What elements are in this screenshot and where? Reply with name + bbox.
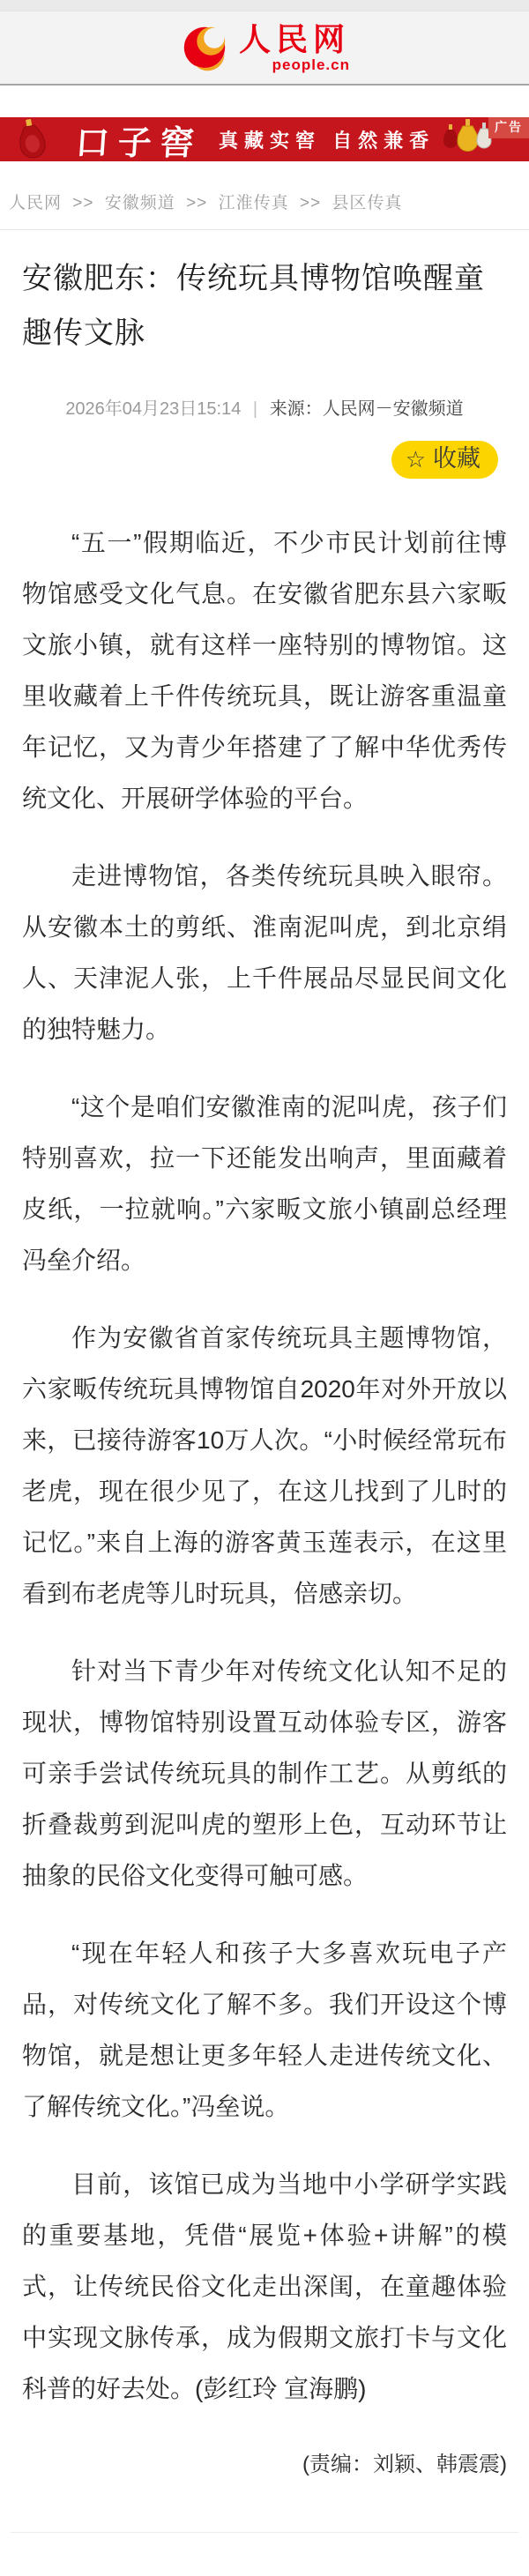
bottom-divider (11, 2532, 518, 2533)
people-cn-globe-icon (179, 22, 230, 73)
ad-brand-label: 口子窖 (74, 117, 205, 161)
collect-row: ☆ 收藏 (0, 441, 529, 479)
source-label: 来源： (270, 399, 323, 419)
top-strip (0, 0, 529, 11)
article-paragraph: 走进博物馆，各类传统玩具映入眼帘。从安徽本土的剪纸、淮南泥叫虎，到北京绢人、天津… (22, 851, 507, 1055)
editor-note: (责编：刘颖、韩震震) (0, 2441, 529, 2477)
article-paragraph: 针对当下青少年对传统文化认知不足的现状，博物馆特别设置互动体验专区，游客可亲手尝… (22, 1646, 507, 1902)
breadcrumb-item-channel[interactable]: 安徽频道 (105, 194, 175, 212)
breadcrumb-separator: >> (300, 194, 321, 212)
source-name: 人民网－安徽频道 (323, 399, 464, 419)
logo-en-label: people.cn (272, 57, 350, 72)
article-paragraph: 目前，该馆已成为当地中小学研学实践的重要基地，凭借“展览+体验+讲解”的模式，让… (22, 2159, 507, 2415)
collect-button-label: 收藏 (433, 447, 481, 471)
article-paragraph: “这个是咱们安徽淮南的泥叫虎，孩子们特别喜欢，拉一下还能发出响声，里面藏着皮纸，… (22, 1082, 507, 1286)
breadcrumb-item-home[interactable]: 人民网 (9, 194, 62, 212)
star-icon: ☆ (406, 448, 426, 471)
site-header: 人民网 people.cn (0, 11, 529, 86)
breadcrumb-separator: >> (72, 194, 93, 212)
breadcrumb-item-section[interactable]: 江淮传真 (219, 194, 289, 212)
publish-date: 2026年04月23日15:14 (65, 399, 241, 419)
people-cn-logo[interactable]: 人民网 people.cn (179, 22, 350, 73)
liquor-bottle-icon (14, 117, 49, 161)
article-paragraph: “现在年轻人和孩子大多喜欢玩电子产品，对传统文化了解不多。我们开设这个博物馆，就… (22, 1928, 507, 2133)
collect-button[interactable]: ☆ 收藏 (391, 441, 498, 479)
page-title: 安徽肥东：传统玩具博物馆唤醒童趣传文脉 (0, 230, 529, 361)
article-body: “五一”假期临近，不少市民计划前往博物馆感受文化气息。在安徽省肥东县六家畈文旅小… (0, 517, 529, 2415)
liquor-bottles-icon (442, 119, 495, 160)
article-paragraph: 作为安徽省首家传统玩具主题博物馆，六家畈传统玩具博物馆自2020年对外开放以来，… (22, 1313, 507, 1619)
ad-tag-label: 广告 (488, 117, 529, 138)
ad-banner[interactable]: 口子窖 真藏实窖 自然兼香 广告 (0, 117, 529, 161)
breadcrumb-separator: >> (186, 194, 207, 212)
article-paragraph: “五一”假期临近，不少市民计划前往博物馆感受文化气息。在安徽省肥东县六家畈文旅小… (22, 517, 507, 824)
breadcrumb: 人民网 >> 安徽频道 >> 江淮传真 >> 县区传真 (0, 190, 529, 213)
logo-text: 人民网 people.cn (239, 24, 350, 72)
ad-slogan-label: 真藏实窖 自然兼香 (219, 126, 435, 153)
logo-cn-label: 人民网 (239, 24, 350, 56)
breadcrumb-item-subsection[interactable]: 县区传真 (332, 194, 402, 212)
meta-separator: | (253, 399, 257, 419)
article-meta: 2026年04月23日15:14 | 来源：人民网－安徽频道 (0, 394, 529, 420)
